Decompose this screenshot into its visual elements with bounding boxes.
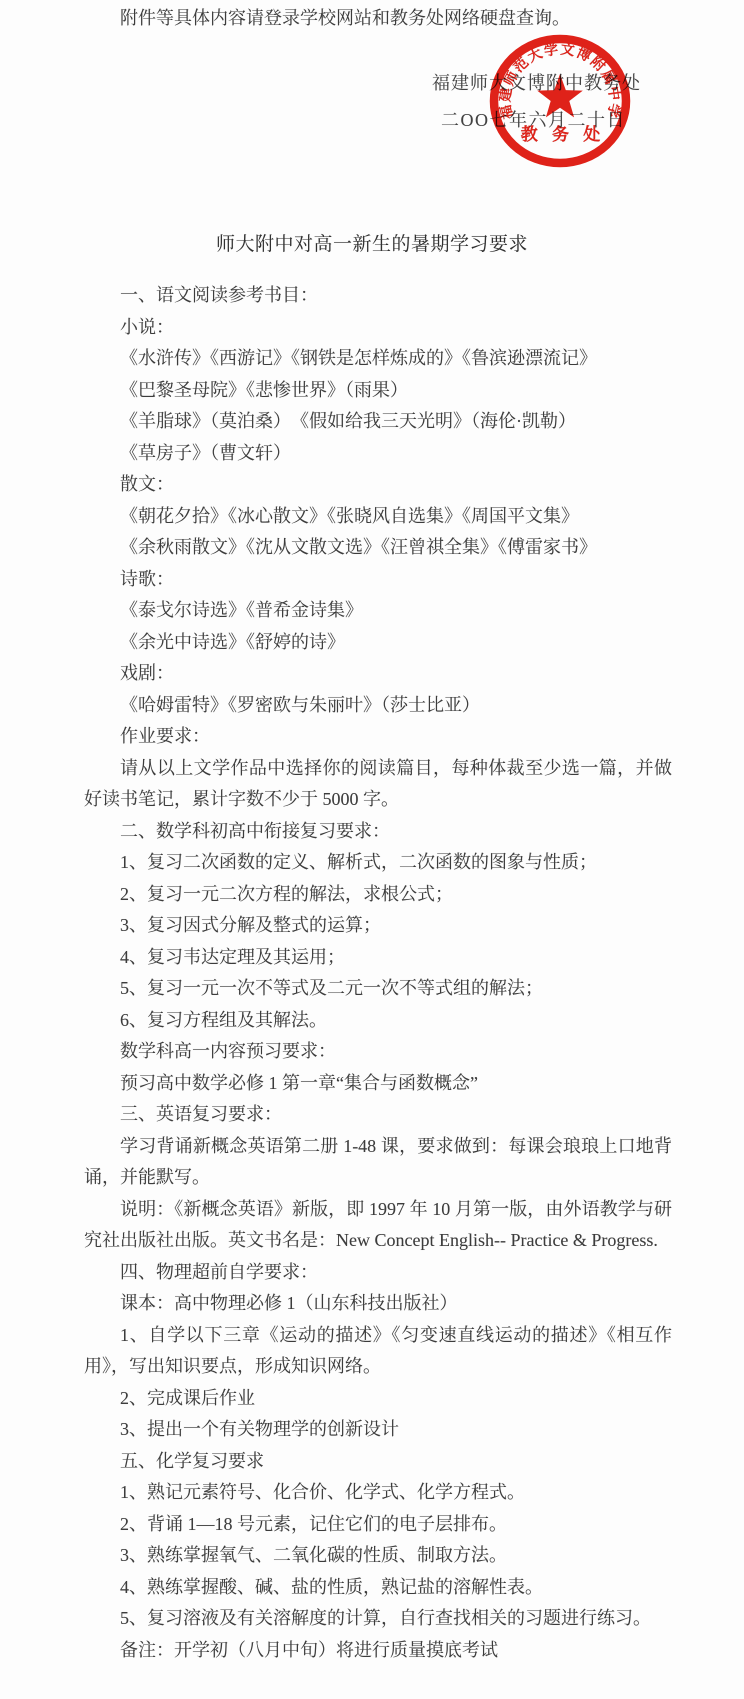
paragraph: 散文： <box>84 469 672 501</box>
paragraph: 《羊脂球》（莫泊桑） 《假如给我三天光明》（海伦·凯勒） <box>84 406 672 438</box>
paragraph: 《草房子》（曹文轩） <box>84 438 672 470</box>
paragraph: 三、英语复习要求： <box>84 1099 672 1131</box>
paragraph: 二、数学科初高中衔接复习要求： <box>84 816 672 848</box>
paragraph: 《泰戈尔诗选》《普希金诗集》 <box>84 595 672 627</box>
paragraph: 说明：《新概念英语》新版，即 1997 年 10 月第一版，由外语教学与研究社出… <box>84 1194 672 1257</box>
paragraph: 3、提出一个有关物理学的创新设计 <box>84 1414 672 1446</box>
intro-line: 附件等具体内容请登录学校网站和教务处网络硬盘查询。 <box>84 5 674 32</box>
paragraph: 5、复习溶液及有关溶解度的计算，自行查找相关的习题进行练习。 <box>84 1603 672 1635</box>
paragraph: 4、复习韦达定理及其运用； <box>84 942 672 974</box>
official-seal: 福建师范大学文博附属中学 教 务 处 <box>486 32 634 174</box>
paragraph: 《哈姆雷特》《罗密欧与朱丽叶》（莎士比亚） <box>84 690 672 722</box>
paragraph: 五、化学复习要求 <box>84 1446 672 1478</box>
scanned-document-page: 附件等具体内容请登录学校网站和教务处网络硬盘查询。 福建师大文博附中教务处 二O… <box>0 0 744 1699</box>
paragraph: 备注：开学初（八月中旬）将进行质量摸底考试 <box>84 1635 672 1667</box>
document-body: 一、语文阅读参考书目：小说：《水浒传》《西游记》《钢铁是怎样炼成的》《鲁滨逊漂流… <box>84 280 672 1666</box>
document-title: 师大附中对高一新生的暑期学习要求 <box>0 229 744 256</box>
paragraph: 诗歌： <box>84 564 672 596</box>
paragraph: 2、复习一元二次方程的解法，求根公式； <box>84 879 672 911</box>
paragraph: 《水浒传》《西游记》《钢铁是怎样炼成的》《鲁滨逊漂流记》 <box>84 343 672 375</box>
paragraph: 预习高中数学必修 1 第一章“集合与函数概念” <box>84 1068 672 1100</box>
paragraph: 小说： <box>84 312 672 344</box>
paragraph: 3、复习因式分解及整式的运算； <box>84 910 672 942</box>
paragraph: 《巴黎圣母院》《悲惨世界》（雨果） <box>84 375 672 407</box>
paragraph: 《朝花夕拾》《冰心散文》《张晓风自选集》《周国平文集》 <box>84 501 672 533</box>
paragraph: 数学科高一内容预习要求： <box>84 1036 672 1068</box>
paragraph: 作业要求： <box>84 721 672 753</box>
paragraph: 5、复习一元一次不等式及二元一次不等式组的解法； <box>84 973 672 1005</box>
paragraph: 《余光中诗选》《舒婷的诗》 <box>84 627 672 659</box>
paragraph: 2、完成课后作业 <box>84 1383 672 1415</box>
paragraph: 6、复习方程组及其解法。 <box>84 1005 672 1037</box>
paragraph: 3、熟练掌握氧气、二氧化碳的性质、制取方法。 <box>84 1540 672 1572</box>
paragraph: 《余秋雨散文》《沈从文散文选》《汪曾祺全集》《傅雷家书》 <box>84 532 672 564</box>
paragraph: 1、复习二次函数的定义、解析式，二次函数的图象与性质； <box>84 847 672 879</box>
paragraph: 一、语文阅读参考书目： <box>84 280 672 312</box>
paragraph: 学习背诵新概念英语第二册 1-48 课，要求做到：每课会琅琅上口地背诵，并能默写… <box>84 1131 672 1194</box>
seal-star-icon <box>537 74 583 117</box>
paragraph: 2、背诵 1—18 号元素，记住它们的电子层排布。 <box>84 1509 672 1541</box>
paragraph: 请从以上文学作品中选择你的阅读篇目，每种体裁至少选一篇，并做好读书笔记，累计字数… <box>84 753 672 816</box>
paragraph: 戏剧： <box>84 658 672 690</box>
paragraph: 1、熟记元素符号、化合价、化学式、化学方程式。 <box>84 1477 672 1509</box>
paragraph: 1、自学以下三章《运动的描述》《匀变速直线运动的描述》《相互作用》，写出知识要点… <box>84 1320 672 1383</box>
seal-department-text: 教 务 处 <box>521 124 606 144</box>
paragraph: 课本：高中物理必修 1（山东科技出版社） <box>84 1288 672 1320</box>
paragraph: 4、熟练掌握酸、碱、盐的性质，熟记盐的溶解性表。 <box>84 1572 672 1604</box>
paragraph: 四、物理超前自学要求： <box>84 1257 672 1289</box>
